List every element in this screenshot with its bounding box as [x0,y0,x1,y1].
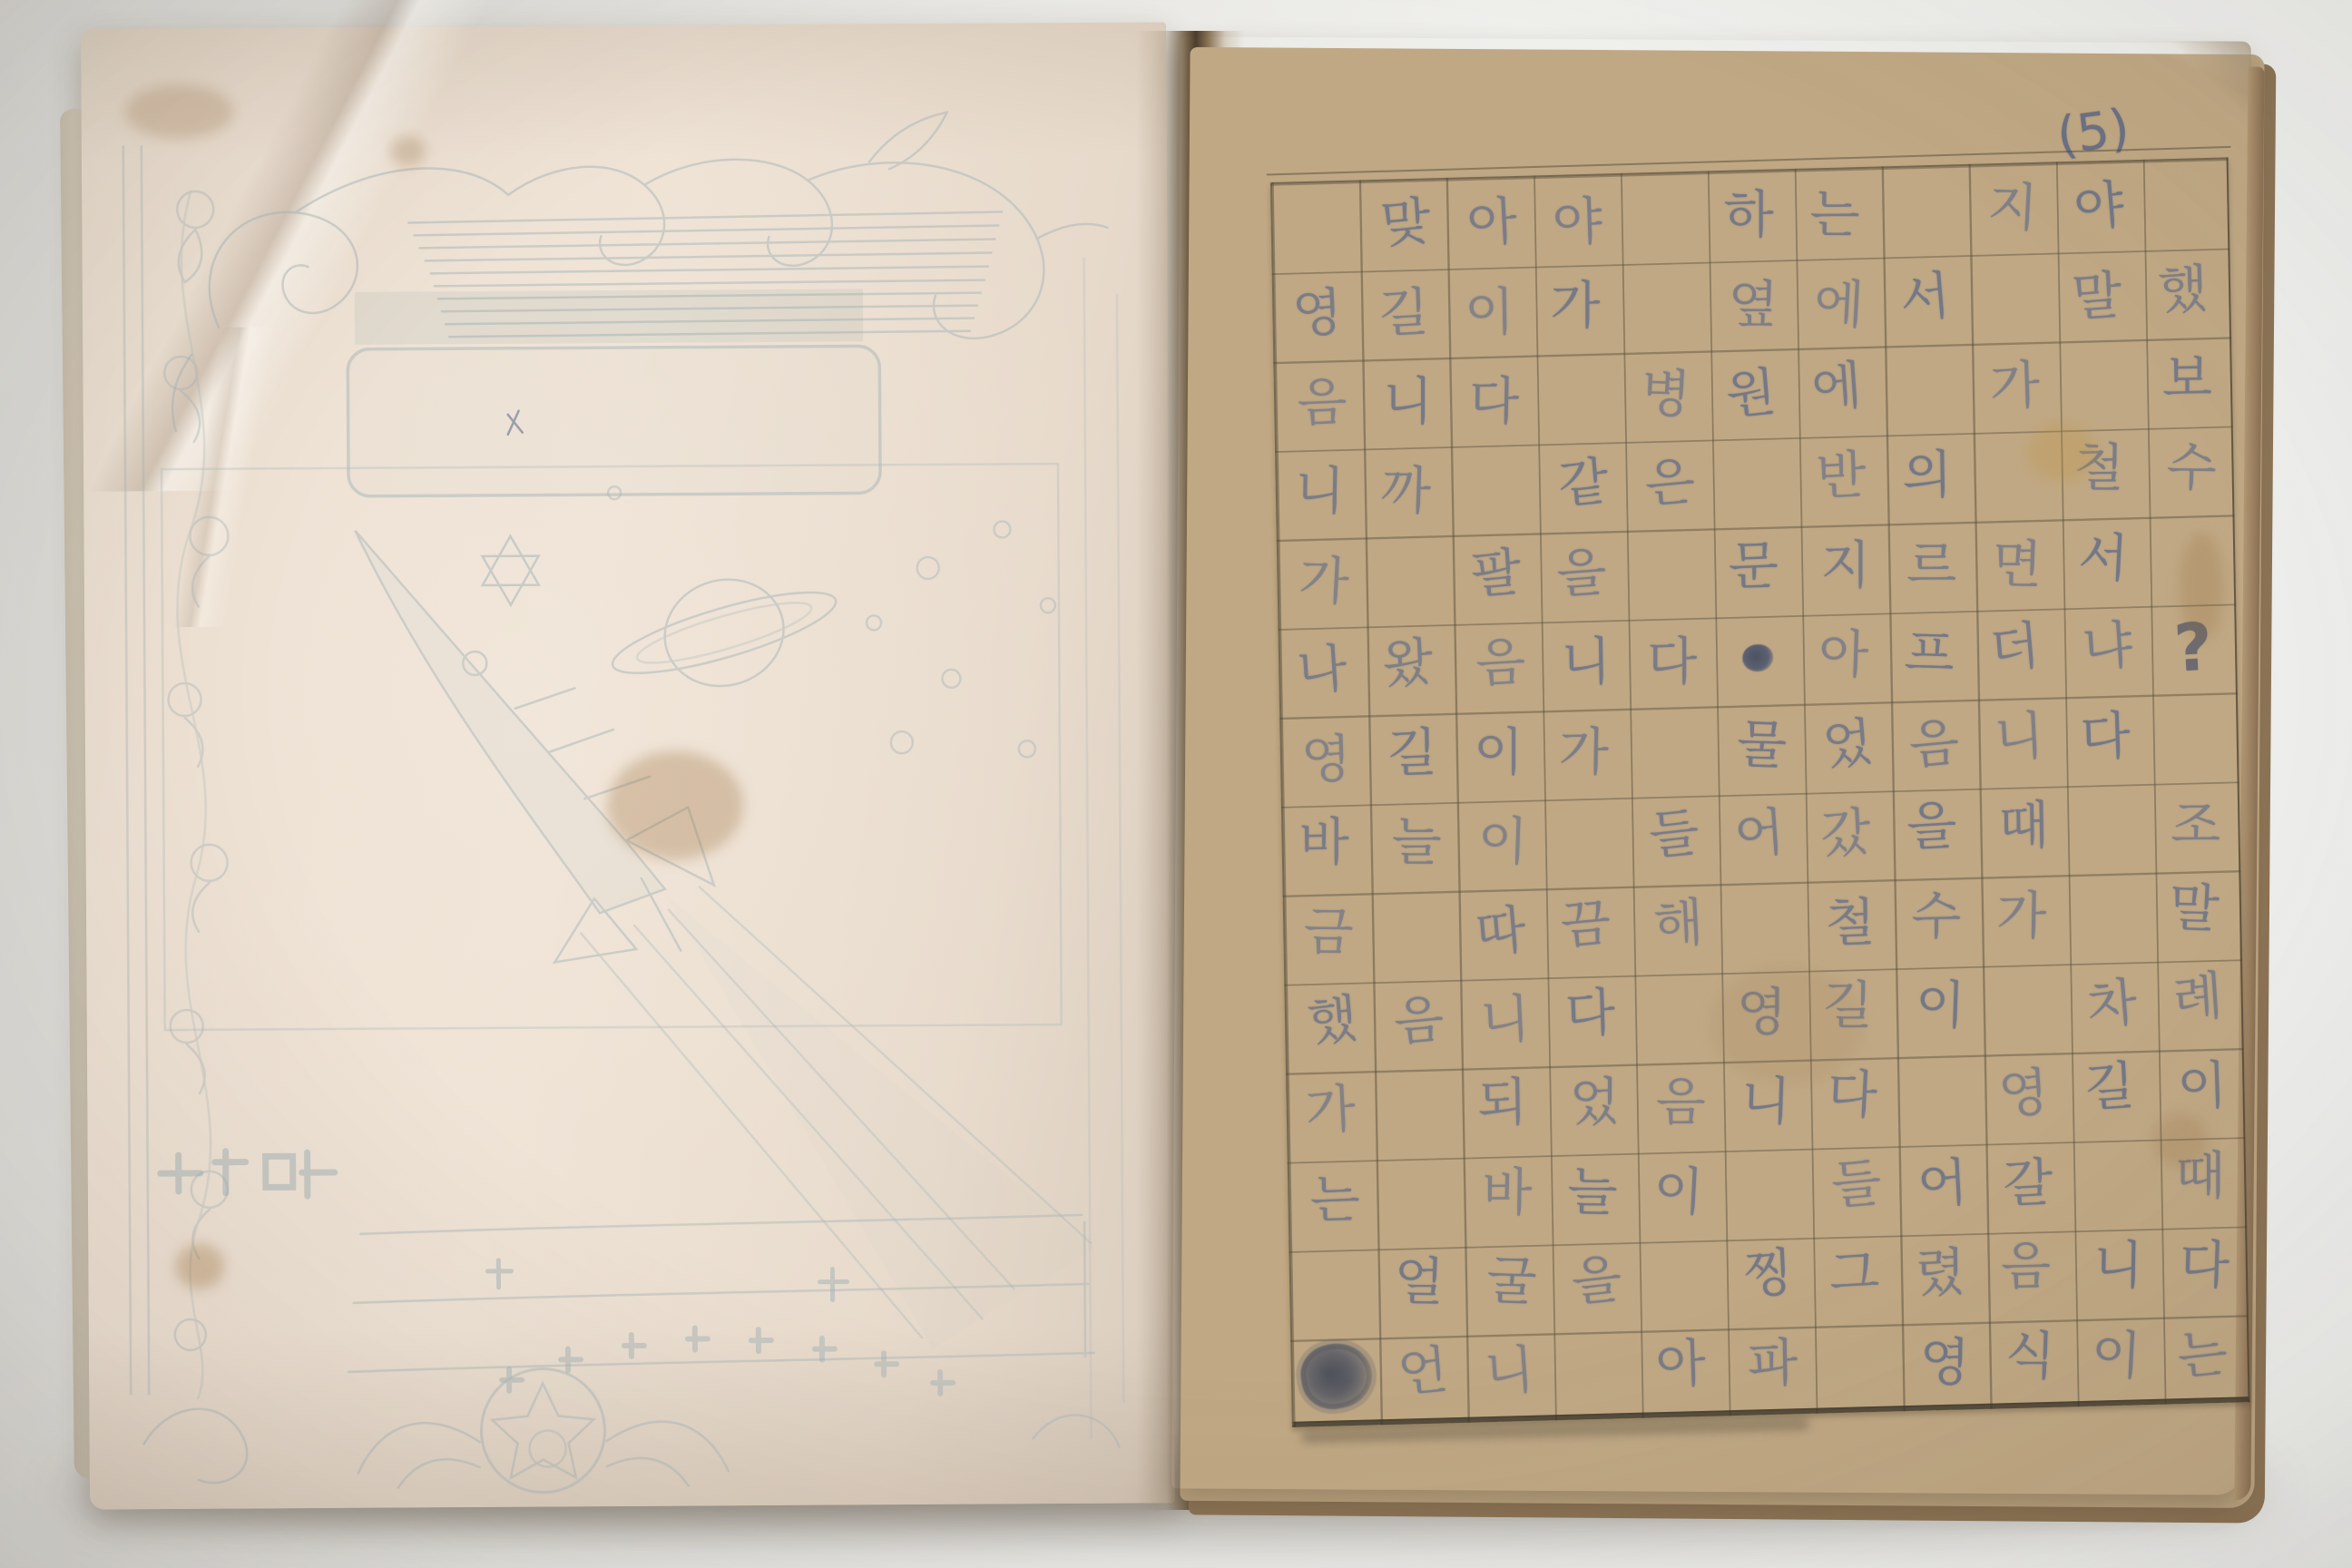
grid-cell-r11-c3: 되 [1461,1062,1549,1152]
handwritten-char: 니 [1482,1344,1535,1399]
grid-cell-r9-c1: 금 [1285,889,1373,980]
grid-cell-r7-c11 [2149,690,2237,780]
handwritten-char: 의 [1902,450,1953,503]
grid-cell-r14-c2: 언 [1379,1328,1467,1419]
handwritten-char: 을 [1555,546,1608,601]
handwritten-char: 니 [1994,710,2046,765]
grid-cell-r3-c7: 에 [1796,345,1884,436]
handwritten-char: 병 [1639,368,1691,422]
grid-cell-r14-c1 [1292,1331,1380,1422]
grid-cell-r5-c9: 면 [1973,517,2061,608]
grid-cell-r3-c9: 가 [1969,340,2057,431]
grid-cell-r13-c5 [1638,1233,1726,1324]
grid-cell-r8-c8: 을 [1890,785,1978,876]
grid-cell-r12-c6 [1723,1142,1811,1233]
grid-cell-r1-c4: 야 [1533,175,1621,266]
grid-cell-r7-c9: 니 [1975,694,2063,785]
handwritten-char: 수 [2165,442,2217,495]
grid-cell-r7-c6: 물 [1715,701,1803,791]
handwritten-char: 니 [1383,377,1433,428]
handwritten-char: 어 [1733,807,1787,862]
handwritten-char: 니 [1478,994,1531,1048]
grid-cell-r1-c8 [1879,166,1967,257]
handwritten-char: 지 [1821,540,1871,592]
publisher-emblem [143,1366,1120,1495]
manuscript-grid: 맞아야하는지야영길이가옆에서말했음니다병원에가보니까같은반의철수가팔을문지르면서… [1270,157,2250,1426]
handwritten-char: 말 [2071,269,2123,324]
grid-cell-r3-c11: 보 [2142,336,2230,426]
handwritten-char: 가 [1305,1083,1357,1138]
handwritten-char: 굴 [1485,1256,1537,1309]
grid-cell-r13-c7: 그 [1811,1229,1899,1319]
grid-cell-r13-c1 [1290,1242,1378,1333]
handwritten-char: 바 [1299,818,1349,869]
handwritten-char: 다 [1826,1069,1878,1122]
handwritten-char: 지 [1987,181,2040,235]
handwritten-char: 음 [1297,377,1347,429]
grid-cell-r4-c2: 까 [1364,445,1452,535]
handwritten-char: 가 [1559,727,1610,779]
grid-cell-r11-c1: 가 [1288,1066,1376,1157]
handwritten-char: 음 [1392,994,1445,1049]
handwritten-char: 원 [1724,367,1779,423]
handwritten-char: 아 [1465,196,1518,250]
grid-cell-r8-c7: 갔 [1803,787,1891,877]
grid-cell-r12-c9: 갈 [1984,1136,2072,1227]
erased-scribble-mark [1296,1338,1377,1416]
handwritten-char: 이 [1476,816,1528,868]
grid-cell-r7-c5 [1629,703,1717,794]
period-dot-mark [1742,644,1774,672]
grid-cell-r2-c2: 길 [1360,268,1448,358]
grid-cell-r5-c2 [1365,534,1453,624]
photo-canvas: { "book": { "left_page": { "illustration… [0,0,2352,1568]
grid-cell-r2-c11: 했 [2141,248,2229,338]
grid-cell-r14-c4 [1553,1324,1641,1415]
grid-cell-r10-c5 [1633,968,1721,1059]
grid-cell-r1-c9: 지 [1966,163,2054,254]
handwritten-char: 되 [1477,1077,1528,1130]
handwritten-char: 가 [1996,890,2047,942]
drawing-panel-frame [162,464,1062,1030]
grid-cell-r1-c5 [1619,172,1707,263]
handwritten-char: 영 [1300,733,1352,787]
handwritten-char: 었 [1821,717,1876,773]
grid-cell-r8-c11: 조 [2151,778,2239,868]
grid-cell-r10-c8: 이 [1894,962,1982,1053]
handwritten-char: 들 [1647,807,1701,863]
grid-cell-r4-c11: 수 [2144,425,2232,515]
grid-cell-r9-c11: 말 [2152,867,2240,957]
grid-cell-r1-c2: 맞 [1359,180,1447,270]
handwritten-char: 말 [2167,882,2220,936]
grid-cell-r11-c8 [1895,1050,1983,1141]
grid-cell-r1-c6: 하 [1706,171,1794,261]
handwritten-char: 왔 [1382,637,1435,691]
grid-cell-r7-c1: 영 [1281,712,1369,803]
handwritten-char: 언 [1396,1344,1450,1400]
grid-cell-r7-c2: 길 [1368,710,1456,800]
grid-cell-r5-c7: 지 [1798,522,1886,612]
handwritten-char: 길 [1387,727,1437,779]
grid-cell-r10-c4: 다 [1546,971,1634,1062]
grid-cell-r14-c10: 이 [2073,1310,2161,1401]
grid-cell-r5-c6: 문 [1712,524,1800,615]
handwritten-char: 야 [2072,180,2126,236]
grid-cell-r7-c4: 가 [1542,705,1630,796]
grid-cell-r6-c9: 더 [1974,606,2062,697]
handwritten-char: 늘 [1391,817,1442,868]
handwritten-char: 하 [1724,190,1774,241]
grid-cell-r11-c5: 음 [1634,1057,1722,1148]
stain [390,135,426,166]
saturn-planet [598,550,850,716]
handwritten-char: 이 [1473,727,1523,779]
grid-cell-r2-c3: 이 [1447,266,1535,357]
grid-cell-r9-c2 [1371,887,1459,977]
handwritten-char: 야 [1552,196,1603,250]
grid-cell-r14-c6: 파 [1726,1319,1814,1410]
handwritten-char: 영 [1291,287,1344,341]
handwritten-char: 나 [1296,643,1349,699]
grid-cell-r9-c6 [1719,877,1807,968]
handwritten-char: 물 [1736,719,1788,772]
planet-dots [608,484,1056,759]
grid-cell-r1-c7: 는 [1793,168,1881,259]
grid-cell-r6-c1: 나 [1279,624,1367,715]
dog-ear-corner [2141,41,2251,129]
grid-cell-r4-c3 [1450,443,1538,534]
handwritten-char: 갔 [1819,807,1872,861]
handwritten-char: 팔 [1469,546,1523,602]
handwritten-char: 어 [1916,1157,1969,1211]
handwritten-char: 까 [1380,465,1432,518]
handwritten-char: 길 [2083,1061,2136,1115]
handwritten-char: 아 [1655,1338,1707,1391]
grid-cell-r6-c10: 냐 [2061,603,2149,694]
handwritten-char: 했 [1306,994,1360,1050]
grid-cell-r6-c4: 니 [1540,617,1628,708]
grid-cell-r12-c3: 바 [1463,1150,1551,1240]
grid-cell-r13-c4: 을 [1551,1236,1639,1327]
handwritten-char: 음 [1655,1077,1706,1129]
handwritten-char: 례 [2171,971,2224,1026]
grid-cell-r4-c8: 의 [1884,431,1972,522]
grid-cell-r3-c5: 병 [1622,349,1710,440]
handwritten-char: 다 [2080,710,2131,764]
grid-cell-r10-c1: 했 [1286,977,1374,1068]
grid-cell-r3-c6: 원 [1709,348,1797,438]
grid-cell-r2-c7: 에 [1794,257,1882,348]
handwritten-char: 다 [1647,637,1697,689]
grid-cell-r5-c10: 서 [2059,515,2147,606]
grid-cell-r8-c2: 늘 [1369,799,1457,889]
handwritten-char: 이 [1652,1165,1705,1219]
grid-cell-r14-c5: 아 [1639,1322,1727,1413]
handwritten-char: 이 [1465,287,1515,339]
grid-cell-r8-c1: 바 [1283,800,1371,891]
grid-cell-r10-c10: 차 [2067,957,2155,1048]
handwritten-char: 갈 [2003,1157,2054,1210]
handwritten-char: 었 [1570,1077,1620,1129]
handwritten-char: 음 [1475,637,1526,691]
handwritten-char: 서 [2077,532,2130,585]
stain [2153,1113,2208,1168]
grid-cell-r3-c2: 니 [1362,357,1450,447]
handwritten-char: 반 [1816,450,1867,504]
grid-cell-r4-c4: 같 [1537,440,1625,531]
grid-cell-r6-c5: 다 [1627,615,1715,706]
handwritten-char: 아 [1818,629,1869,681]
grid-cell-r12-c4: 늘 [1549,1147,1637,1238]
handwritten-char: 보 [2162,353,2212,405]
grid-cell-r12-c1: 는 [1289,1154,1377,1245]
grid-cell-r2-c10: 말 [2054,250,2142,340]
grid-cell-r14-c9: 식 [1986,1313,2074,1404]
handwritten-char: 프 [1903,628,1955,681]
handwritten-char: 조 [2170,800,2220,852]
handwritten-char: 바 [1482,1167,1533,1219]
handwritten-char: 찡 [1742,1248,1795,1302]
handwritten-char: 음 [1907,717,1961,772]
stain [1710,965,1865,1084]
grid-cell-r3-c3: 다 [1449,354,1537,445]
grid-cell-r3-c4 [1535,352,1623,443]
stain [607,750,744,860]
handwritten-char: 에 [1813,278,1866,331]
grid-cell-r5-c3: 팔 [1452,531,1540,622]
grid-cell-r12-c7: 들 [1809,1141,1897,1231]
grid-cell-r9-c7: 철 [1805,876,1893,966]
handwritten-char: 파 [1748,1338,1798,1390]
handwritten-char: 차 [2085,976,2140,1033]
grid-cell-r8-c3: 이 [1456,796,1544,887]
handwritten-char: 이 [2176,1061,2228,1114]
page-number: (5) [2053,98,2132,166]
grid-cell-r13-c8: 렸 [1898,1227,1986,1318]
handwritten-char: 금 [1303,906,1355,959]
handwritten-char: 다 [1468,377,1519,428]
handwritten-char: 는 [2175,1328,2229,1384]
grid-cell-r7-c10: 다 [2063,691,2151,782]
grid-cell-r1-c11 [2140,159,2228,250]
grid-cell-r9-c4: 끔 [1544,882,1632,973]
handwritten-char: 더 [1988,621,2043,677]
handwritten-char: 철 [1825,897,1876,949]
grid-cell-r8-c5: 들 [1630,791,1718,882]
handwritten-char: 에 [1810,360,1864,416]
grid-cell-r14-c3: 니 [1465,1327,1553,1417]
handwritten-char: 는 [1309,1174,1360,1227]
handwritten-char: 가 [1989,359,2041,413]
grid-cell-r2-c8: 서 [1881,254,1969,345]
grid-cell-r8-c4 [1543,794,1632,885]
handwritten-char: 르 [1906,540,1957,592]
grid-cell-r6-c3: 음 [1454,620,1542,710]
grid-cell-r4-c7: 반 [1798,434,1886,524]
handwritten-char: 들 [1829,1157,1883,1212]
grid-cell-r10-c3: 니 [1459,973,1547,1063]
grid-cell-r9-c5: 해 [1632,880,1720,971]
grid-cell-r14-c8: 영 [1899,1315,1987,1406]
grid-cell-r6-c8: 프 [1887,608,1975,699]
handwritten-char: 이 [1915,979,1966,1032]
grid-cell-r6-c6 [1713,612,1801,703]
handwritten-char: 영 [1997,1067,2051,1122]
handwritten-char: 해 [1652,897,1705,951]
grid-cell-r13-c2: 얼 [1377,1240,1465,1331]
handwritten-char: 같 [1557,456,1612,513]
grid-cell-r10-c9 [1980,959,2068,1050]
grid-cell-r8-c9: 때 [1977,782,2065,873]
handwritten-char: 니 [1295,466,1346,518]
handwritten-char: 식 [2004,1330,2056,1383]
handwritten-char: 그 [1828,1248,1880,1301]
grid-cell-r8-c6: 어 [1717,789,1805,880]
handwritten-char: 얼 [1393,1257,1445,1309]
grid-cell-r13-c10: 니 [2072,1222,2160,1313]
handwritten-char: 끔 [1559,897,1612,953]
grid-cell-r10-c2: 음 [1373,975,1461,1066]
grid-cell-r10-c11: 례 [2153,955,2241,1045]
grid-cell-r5-c5 [1625,526,1713,617]
handwritten-char: 문 [1728,540,1779,593]
grid-cell-r2-c1: 영 [1274,270,1362,361]
grid-cell-r5-c8: 르 [1886,520,1974,611]
handwritten-char: 니 [1561,637,1612,690]
grid-cell-r7-c8: 음 [1888,696,1976,787]
grid-cell-r4-c1: 니 [1277,447,1365,538]
handwritten-char: 음 [2001,1241,2051,1293]
grid-area: (5) 맞아야하는지야영길이가옆에서말했음니다병원에가보니까같은반의철수가팔을문… [1270,157,2250,1426]
grid-cell-r2-c5 [1621,261,1709,352]
handwritten-char: 니 [2092,1240,2143,1292]
handwritten-char: 따 [1474,904,1528,960]
handwritten-char: 은 [1643,456,1697,512]
handwritten-char: 늘 [1567,1166,1619,1219]
grid-cell-r9-c9: 가 [1978,871,2066,962]
grid-cell-r4-c6 [1710,436,1798,526]
grid-cell-r12-c5: 이 [1636,1145,1724,1236]
grid-cell-r2-c9 [1967,252,2055,343]
handwritten-char: 는 [1809,190,1860,241]
grid-cell-r7-c7: 었 [1802,699,1890,789]
grid-cell-r6-c2: 왔 [1367,622,1455,712]
handwritten-char: 영 [1919,1338,1970,1389]
stain [2026,423,2097,481]
left-page [81,22,1175,1509]
handwritten-char: 을 [1906,800,1957,854]
grid-cell-r12-c10 [2070,1133,2158,1224]
six-point-star [482,536,538,605]
grid-cell-r14-c7 [1813,1318,1901,1408]
grid-cell-r6-c7: 아 [1800,611,1888,701]
handwritten-char: 했 [2157,263,2209,317]
grid-cell-r2-c4: 가 [1534,263,1622,354]
grid-cell-r2-c6: 옆 [1708,259,1796,349]
handwritten-char: 맞 [1379,196,1433,251]
handwritten-char: 길 [1377,287,1429,340]
right-page: (5) 맞아야하는지야영길이가옆에서말했음니다병원에가보니까같은반의철수가팔을문… [1171,36,2249,1494]
grid-cell-r1-c3: 아 [1445,177,1534,268]
grid-cell-r1-c10: 야 [2053,162,2141,252]
handwritten-char: 면 [1992,539,2043,592]
grid-cell-r9-c8: 수 [1892,873,1980,964]
grid-cell-r11-c10: 길 [2068,1045,2156,1136]
grid-cell-r3-c8 [1883,343,1971,434]
handwritten-char: 다 [2179,1240,2230,1292]
grid-cell-r11-c4: 었 [1548,1059,1636,1150]
handwritten-char: 서 [1897,269,1952,326]
grid-cell-r13-c11: 다 [2158,1220,2246,1310]
handwritten-char: 냐 [2081,620,2134,675]
handwritten-char: 이 [2090,1329,2142,1383]
handwritten-char: 옆 [1728,279,1779,331]
grid-cell-r7-c3: 이 [1455,708,1543,799]
grid-cell-r13-c3: 굴 [1465,1238,1553,1328]
grid-cell-r9-c3: 따 [1458,885,1546,975]
handwritten-char: 가 [1298,554,1350,608]
handwritten-char: 다 [1564,987,1616,1041]
grid-cell-r5-c1: 가 [1279,535,1367,626]
grid-cell-r4-c5: 은 [1623,438,1711,529]
handwritten-char: 렸 [1915,1248,1965,1300]
handwritten-char: 가 [1551,280,1601,332]
grid-cell-r14-c11: 는 [2160,1308,2248,1399]
handwritten-char: 수 [1911,890,1961,942]
grid-cell-r11-c9: 영 [1982,1048,2070,1139]
grid-cell-r9-c10 [2065,868,2153,959]
stain [175,1244,224,1289]
grid-cell-r13-c6: 찡 [1724,1231,1812,1322]
grid-cell-r12-c2 [1376,1152,1464,1243]
grid-cell-r3-c10 [2056,338,2144,429]
grid-cell-r1-c1 [1272,181,1360,272]
grid-cell-r11-c2 [1375,1063,1463,1154]
handwritten-char: 을 [1570,1254,1624,1310]
grid-cell-r13-c9: 음 [1984,1224,2073,1315]
handwritten-char: 때 [1998,800,2049,853]
handwritten-char: 니 [1740,1076,1792,1129]
grid-cell-r5-c4: 을 [1539,529,1627,620]
grid-cell-r3-c1: 음 [1275,358,1363,449]
grid-cell-r12-c8: 어 [1896,1138,1984,1229]
grid-cell-r8-c10 [2063,780,2151,871]
